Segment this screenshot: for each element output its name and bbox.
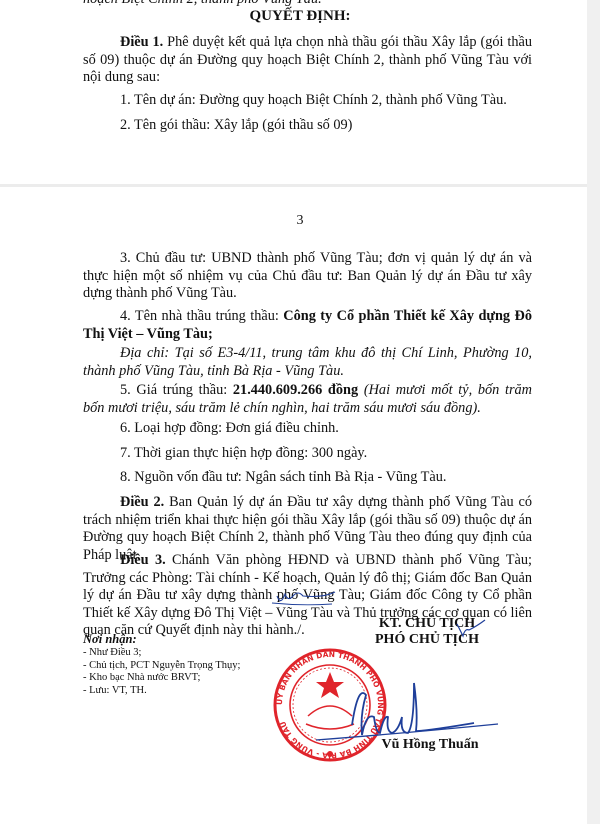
item-2: 2. Tên gói thầu: Xây lắp (gói thầu số 09… xyxy=(83,117,532,135)
decision-heading: QUYẾT ĐỊNH: xyxy=(0,8,600,25)
page-number: 3 xyxy=(0,213,600,229)
contractor-address: Địa chỉ: Tại số E3-4/11, trung tâm khu đ… xyxy=(83,345,532,380)
article-1: Điều 1. Phê duyệt kết quả lựa chọn nhà t… xyxy=(83,34,532,87)
previous-line-fragment: hoạch Biệt Chính 2, thành phố Vũng Tàu. xyxy=(83,0,383,8)
winning-price: 21.440.609.266 đồng xyxy=(233,382,358,398)
article-2-label: Điều 2. xyxy=(120,494,164,510)
signature-title-line1: KT. CHỦ TỊCH xyxy=(352,616,502,632)
item-1: 1. Tên dự án: Đường quy hoạch Biệt Chính… xyxy=(83,92,532,110)
page-break xyxy=(0,184,587,187)
article-1-label: Điều 1. xyxy=(120,34,163,50)
recipients: Nơi nhận: - Như Điều 3; - Chủ tịch, PCT … xyxy=(83,632,240,697)
item-7: 7. Thời gian thực hiện hợp đồng: 300 ngà… xyxy=(83,445,532,463)
signature-title-line2: PHÓ CHỦ TỊCH xyxy=(352,632,502,648)
item-8: 8. Nguồn vốn đầu tư: Ngân sách tỉnh Bà R… xyxy=(83,469,532,487)
item-3: 3. Chủ đầu tư: UBND thành phố Vũng Tàu; … xyxy=(83,250,532,303)
signer-name: Vũ Hồng Thuấn xyxy=(360,737,500,753)
signature-icon xyxy=(352,683,474,735)
recipient-item: - Kho bạc Nhà nước BRVT; xyxy=(83,672,240,685)
scrollbar-track[interactable] xyxy=(587,0,600,824)
item-4: 4. Tên nhà thầu trúng thầu: Công ty Cổ p… xyxy=(83,308,532,343)
recipient-item: - Lưu: VT, TH. xyxy=(83,685,240,698)
item-5-label: 5. Giá trúng thầu: xyxy=(120,382,233,398)
signature-title: KT. CHỦ TỊCH PHÓ CHỦ TỊCH xyxy=(352,616,502,648)
item-6: 6. Loại hợp đồng: Đơn giá điều chỉnh. xyxy=(83,420,532,438)
item-5: 5. Giá trúng thầu: 21.440.609.266 đồng (… xyxy=(83,382,532,417)
recipient-item: - Như Điều 3; xyxy=(83,647,240,660)
item-4-label: 4. Tên nhà thầu trúng thầu: xyxy=(120,308,283,324)
recipient-item: - Chủ tịch, PCT Nguyễn Trọng Thụy; xyxy=(83,660,240,673)
article-3-label: Điều 3. xyxy=(120,552,166,568)
recipients-heading: Nơi nhận: xyxy=(83,632,240,647)
